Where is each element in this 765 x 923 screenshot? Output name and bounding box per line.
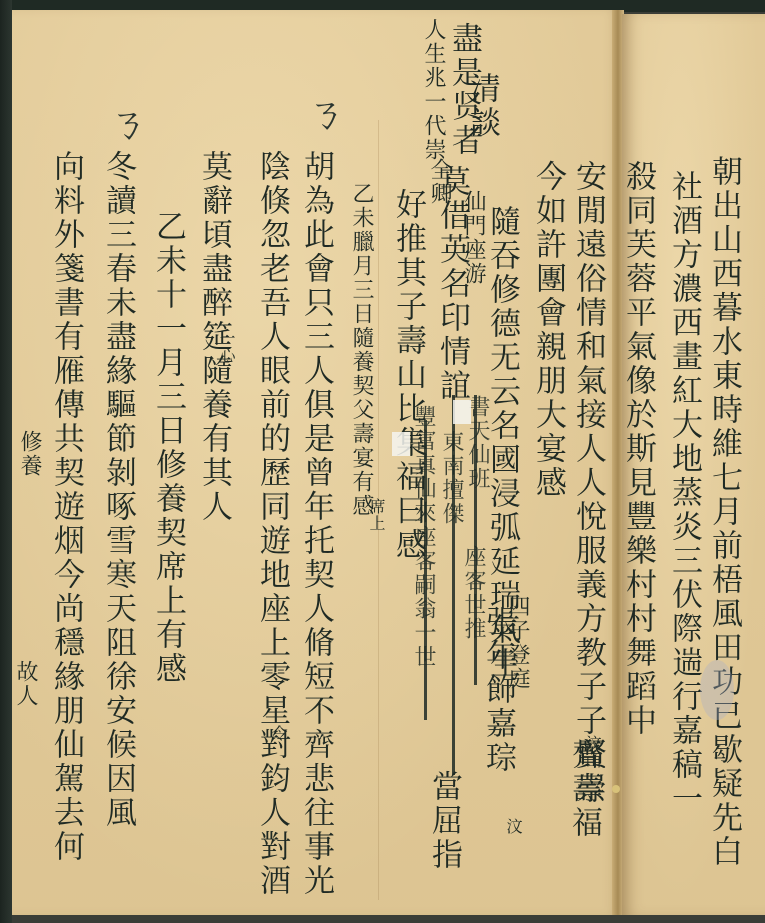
right-page-column-3: 殺同芙蓉平氣像於斯見豐樂村村舞蹈中: [622, 160, 653, 738]
right-page-column-2: 社酒方濃西畫紅大地蒸炎三伏際遄行嘉稿一: [668, 170, 699, 816]
struck-column-c: 東南擅傑: [440, 430, 462, 526]
annotation-quanqing: 全卿: [428, 158, 450, 206]
annotation-ling: 令: [270, 725, 286, 742]
left-page-column-5: 好推其子壽山比集福曰感: [392, 188, 423, 562]
annotation-rensheng-yidai: 人生兆一代崇: [422, 18, 444, 162]
side-note-guren: 故人: [14, 660, 36, 708]
manuscript-spread: 朝出山西暮水東時維七月前梧風田功已歇疑先白 社酒方濃西畫紅大地蒸炎三伏際遄行嘉稿…: [0, 0, 765, 923]
left-page-column-2: 今如許團會親朋大宴感: [532, 160, 563, 500]
left-page-column-11: 冬讀三春未盡緣驅節剝啄雪寒天阻徐安候因風: [102, 150, 133, 830]
paper-stain: [612, 785, 620, 793]
strikethrough-line: [474, 395, 477, 685]
left-page-column-6: 乙未臘月三日隨養契父壽宴有感: [350, 182, 372, 518]
margin-check-mark: ㄋ: [108, 92, 148, 149]
faded-seal-smudge: [700, 660, 734, 720]
annotation-qishoufu: 齊壽福: [568, 738, 599, 840]
struck-column-b: 座客世推: [462, 545, 484, 641]
left-page-column-7: 胡為此會只三人俱是曾年托契人脩短不齊悲往事光: [300, 150, 331, 898]
left-page-column-10: 乙未十一月三日修養契席上有感: [152, 210, 183, 686]
book-left-binding: [0, 0, 12, 923]
left-page-column-8: 陰倏忽老吾人眼前的歷同遊地座上零星對鈞人對酒: [256, 150, 287, 898]
side-note-xiuyang: 修養: [18, 430, 40, 478]
left-page-column-12: 向料外箋書有雁傳共契遊烟今尚穩緣朋仙駕去何: [50, 150, 81, 864]
annotation-jinshi-xianzhe: 盡是贤者: [448, 22, 479, 158]
annotation-yixin: 一心: [218, 330, 234, 364]
margin-check-mark: ㄋ: [306, 82, 346, 139]
column-dangquzhi: 當屈指: [428, 770, 459, 872]
correction-whiteout: [392, 432, 410, 456]
right-page-column-1: 朝出山西暮水東時維七月前梧風田功已歇疑先白: [708, 155, 739, 869]
left-page-column-1: 安閒遠俗情和氣接人人悅服義方教子子賢崇: [572, 160, 603, 806]
annotation-zhang-nian: 張年飾嘉琮: [482, 605, 513, 775]
correction-whiteout: [453, 400, 471, 424]
annotation-wen: 汶: [505, 818, 521, 835]
annotation-xishang: 席上: [368, 498, 384, 532]
strikethrough-line: [452, 395, 455, 775]
